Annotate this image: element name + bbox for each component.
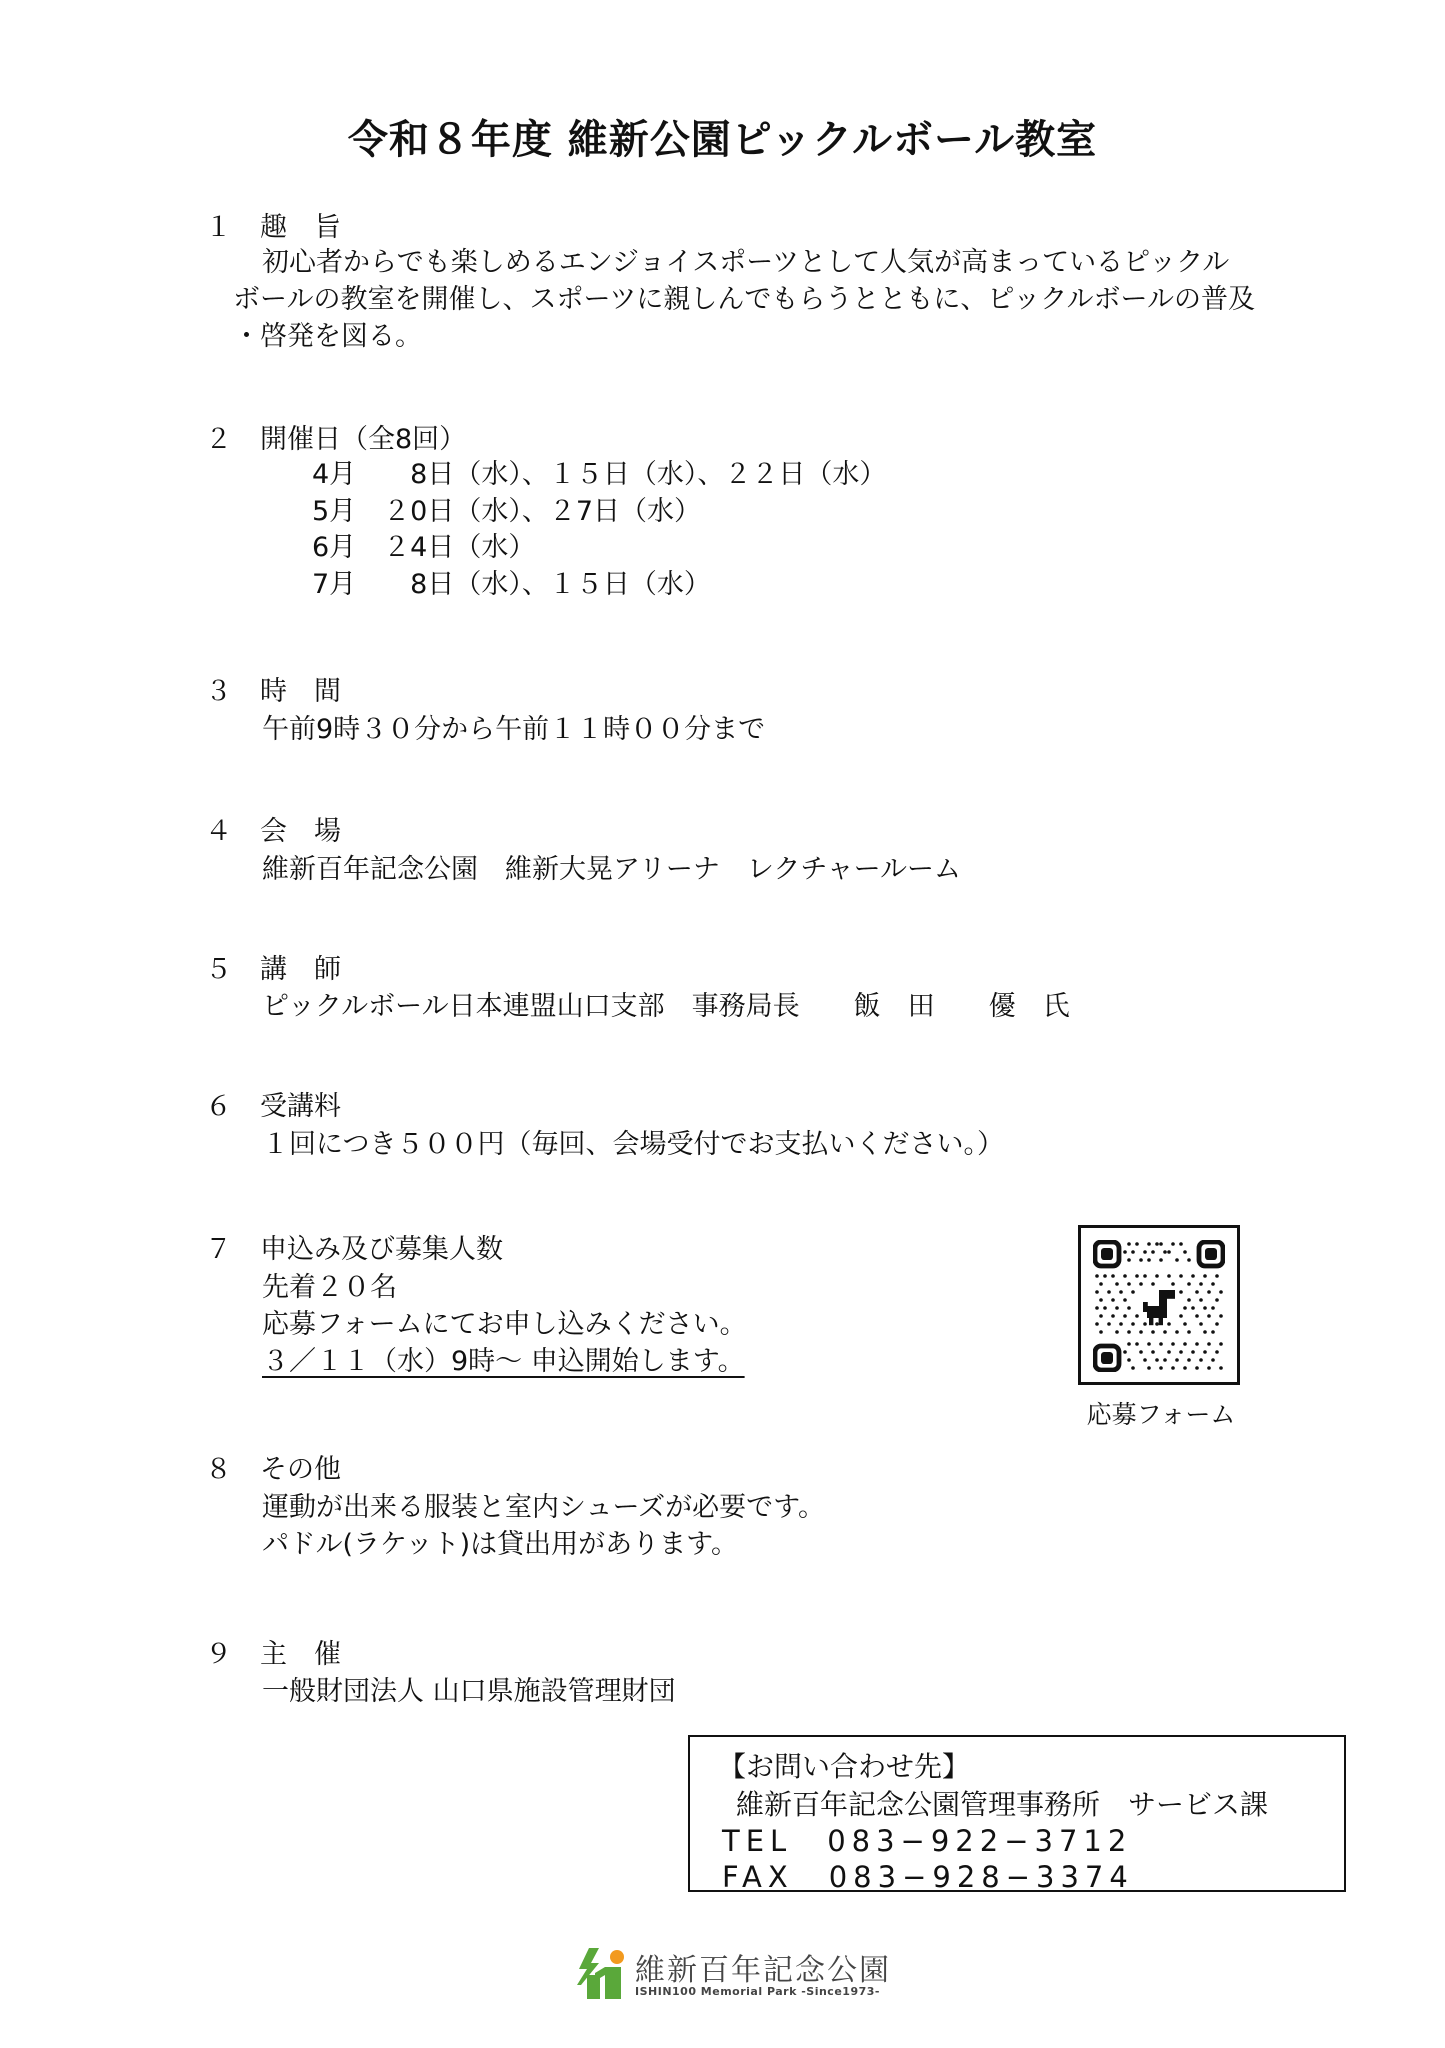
park-logo-icon bbox=[575, 1945, 631, 2001]
section-4-heading: ４会 場 bbox=[205, 814, 341, 850]
schedule-may: 5月 ２0日（水）、２7日（水） bbox=[312, 494, 701, 530]
section-2-heading: ２開催日（全8回） bbox=[205, 422, 466, 458]
section-title: 講 師 bbox=[260, 954, 341, 985]
section-8-heading: ８その他 bbox=[205, 1452, 341, 1488]
page-title: 令和８年度 維新公園ピックルボール教室 bbox=[0, 108, 1445, 165]
park-logo: 維新百年記念公園 ISHIN100 Memorial Park -Since19… bbox=[575, 1945, 875, 2005]
application-start-text: ３／１１（水）9時～ 申込開始します。 bbox=[262, 1344, 745, 1380]
contact-tel: TEL 083−922−3712 bbox=[722, 1819, 1132, 1860]
section-title: 会 場 bbox=[260, 816, 341, 847]
qr-code-icon bbox=[1093, 1240, 1225, 1372]
park-logo-subtitle: ISHIN100 Memorial Park -Since1973- bbox=[635, 1985, 880, 1998]
capacity-text: 先着２０名 bbox=[262, 1270, 397, 1306]
section-1-line: ・啓発を図る。 bbox=[233, 319, 422, 355]
application-text: 応募フォームにてお申し込みください。 bbox=[262, 1307, 747, 1343]
qr-label: 応募フォーム bbox=[1078, 1395, 1244, 1431]
contact-box: 【お問い合わせ先】 維新百年記念公園管理事務所 サービス課 TEL 083−92… bbox=[688, 1735, 1346, 1892]
park-logo-name: 維新百年記念公園 bbox=[635, 1945, 891, 1989]
section-5-heading: ５講 師 bbox=[205, 952, 341, 988]
schedule-july: 7月 8日（水）、１５日（水） bbox=[312, 567, 711, 603]
section-number: ６ bbox=[205, 1089, 260, 1125]
section-title: 開催日（全8回） bbox=[260, 424, 466, 455]
section-title: 主 催 bbox=[260, 1639, 341, 1670]
contact-heading: 【お問い合わせ先】 bbox=[718, 1745, 970, 1785]
instructor-text: ピックルボール日本連盟山口支部 事務局長 飯 田 優 氏 bbox=[262, 989, 1070, 1025]
section-number: ５ bbox=[205, 952, 260, 988]
other-line: 運動が出来る服装と室内シューズが必要です。 bbox=[262, 1490, 825, 1526]
schedule-april: 4月 8日（水）、１５日（水）、２２日（水） bbox=[312, 457, 886, 493]
section-number: １ bbox=[205, 210, 260, 246]
section-title: 趣 旨 bbox=[260, 212, 341, 243]
section-number: ９ bbox=[205, 1637, 260, 1673]
section-title: その他 bbox=[260, 1454, 341, 1485]
section-title: 申込み及び募集人数 bbox=[260, 1234, 503, 1265]
section-number: ４ bbox=[205, 814, 260, 850]
section-7-heading: ７申込み及び募集人数 bbox=[205, 1232, 503, 1268]
organizer-text: 一般財団法人 山口県施設管理財団 bbox=[262, 1674, 676, 1710]
contact-office: 維新百年記念公園管理事務所 サービス課 bbox=[736, 1783, 1268, 1823]
section-6-heading: ６受講料 bbox=[205, 1089, 341, 1125]
section-1-line: ボールの教室を開催し、スポーツに親しんでもらうとともに、ピックルボールの普及 bbox=[233, 282, 1255, 318]
section-1-line: 初心者からでも楽しめるエンジョイスポーツとして人気が高まっているピックル bbox=[262, 245, 1229, 281]
schedule-june: 6月 ２4日（水） bbox=[312, 530, 535, 566]
section-title: 時 間 bbox=[260, 676, 341, 707]
section-9-heading: ９主 催 bbox=[205, 1637, 341, 1673]
time-text: 午前9時３０分から午前１１時００分まで bbox=[262, 712, 765, 748]
section-number: ２ bbox=[205, 422, 260, 458]
fee-text: １回につき５００円（毎回、会場受付でお支払いください。） bbox=[262, 1127, 1004, 1163]
contact-fax: FAX 083−928−3374 bbox=[722, 1855, 1134, 1896]
section-number: ８ bbox=[205, 1452, 260, 1488]
section-number: ３ bbox=[205, 674, 260, 710]
qr-code[interactable] bbox=[1078, 1225, 1240, 1385]
section-title: 受講料 bbox=[260, 1091, 341, 1122]
section-number: ７ bbox=[205, 1232, 260, 1268]
section-3-heading: ３時 間 bbox=[205, 674, 341, 710]
other-line: パドル(ラケット)は貸出用があります。 bbox=[262, 1527, 738, 1563]
venue-text: 維新百年記念公園 維新大晃アリーナ レクチャールーム bbox=[262, 852, 961, 888]
section-1-heading: １趣 旨 bbox=[205, 210, 341, 246]
